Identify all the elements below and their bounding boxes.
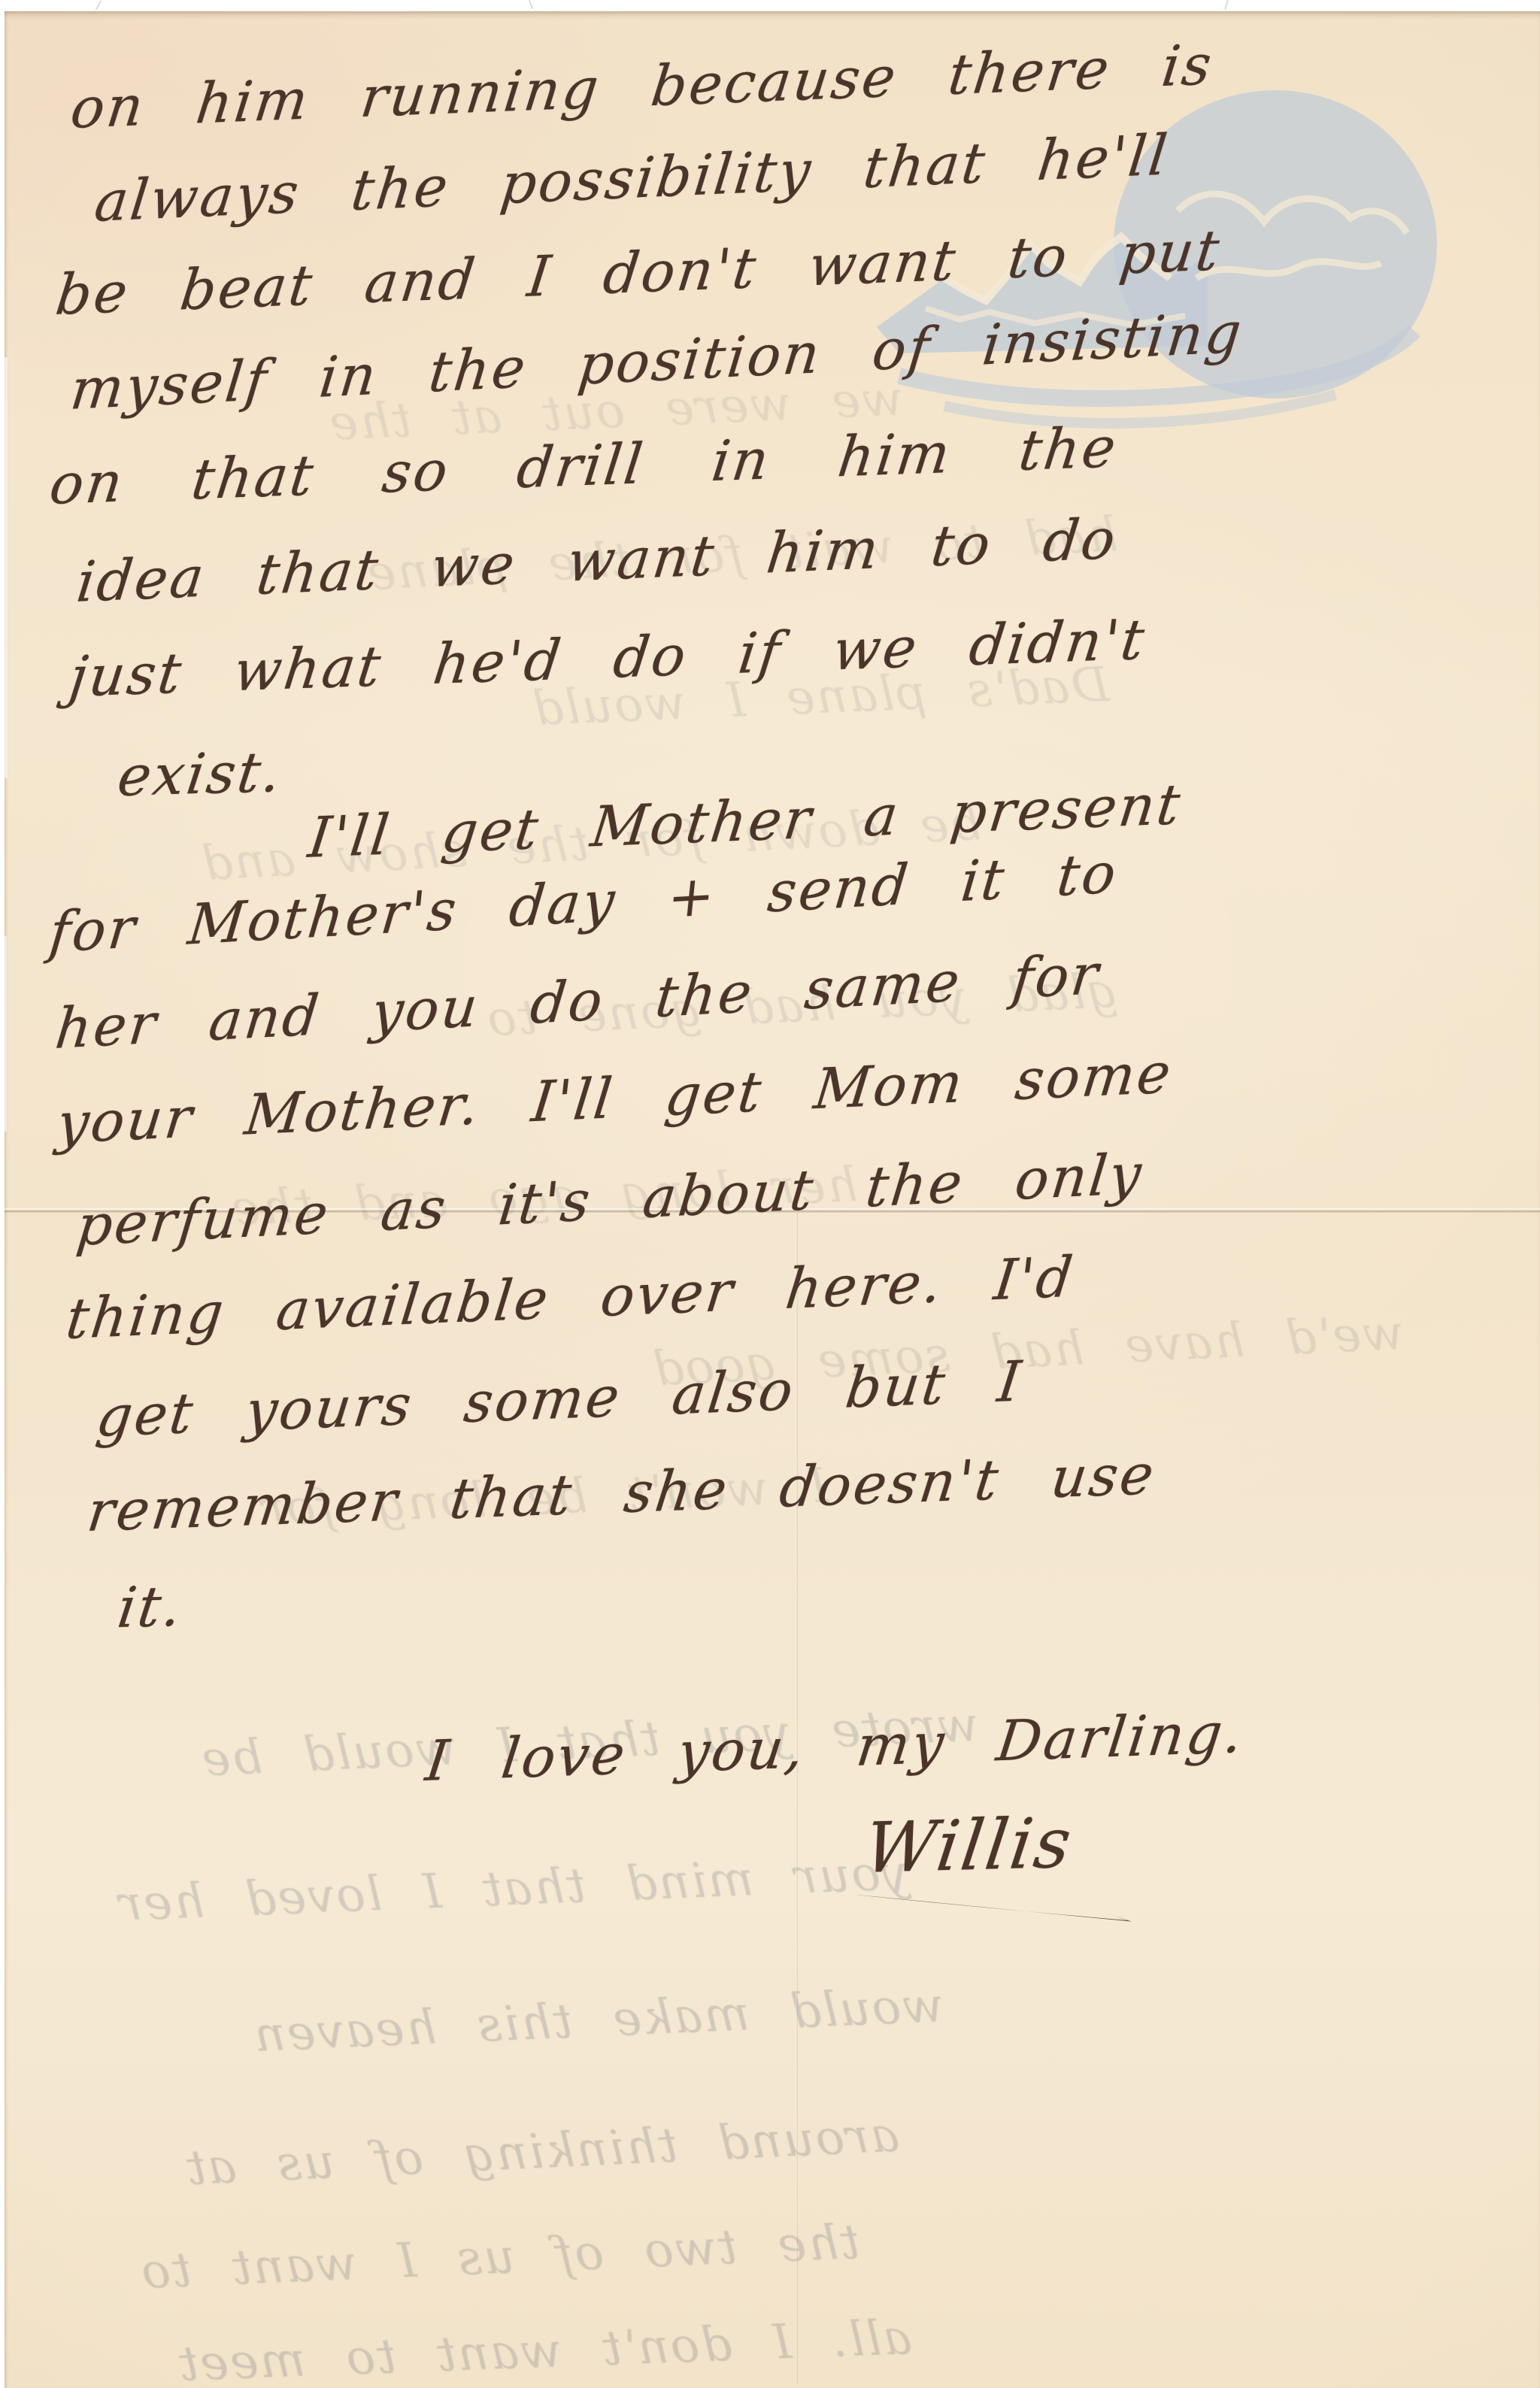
letter-line: idea that we want him to do <box>74 511 1120 613</box>
paper: we were out at the had to wait for the p… <box>5 11 1540 2388</box>
letter-line: on that so drill in him the <box>47 419 1121 515</box>
bleedthrough-line: all. I don't want to meet <box>177 2314 912 2388</box>
scan-scratch <box>95 0 102 10</box>
bleedthrough-line: would make this heaven <box>252 1981 944 2059</box>
letter-line: exist. <box>114 744 286 807</box>
scan-scratch <box>1224 0 1228 10</box>
bleedthrough-line: around thinking of us at <box>184 2111 900 2193</box>
signature-underline <box>845 1889 1140 1925</box>
letter-line: your Mother. I'll get Mom some <box>54 1044 1175 1153</box>
scanned-letter-page: we were out at the had to wait for the p… <box>0 0 1540 2388</box>
signature: Willis <box>860 1807 1078 1885</box>
letter-line: get yours some also but I <box>93 1353 1026 1447</box>
letter-line: it. <box>114 1577 186 1638</box>
letter-line: perfume as it's about the only <box>74 1145 1146 1256</box>
bleedthrough-line: the two of us I want to <box>139 2218 860 2296</box>
letter-line: remember that she doesn't use <box>84 1446 1159 1542</box>
bleedthrough-line: your mind that I loved her <box>117 1849 910 1929</box>
paper-edge-highlight <box>5 936 7 1132</box>
scan-scratch <box>529 0 533 9</box>
paper-edge-highlight <box>5 357 8 778</box>
